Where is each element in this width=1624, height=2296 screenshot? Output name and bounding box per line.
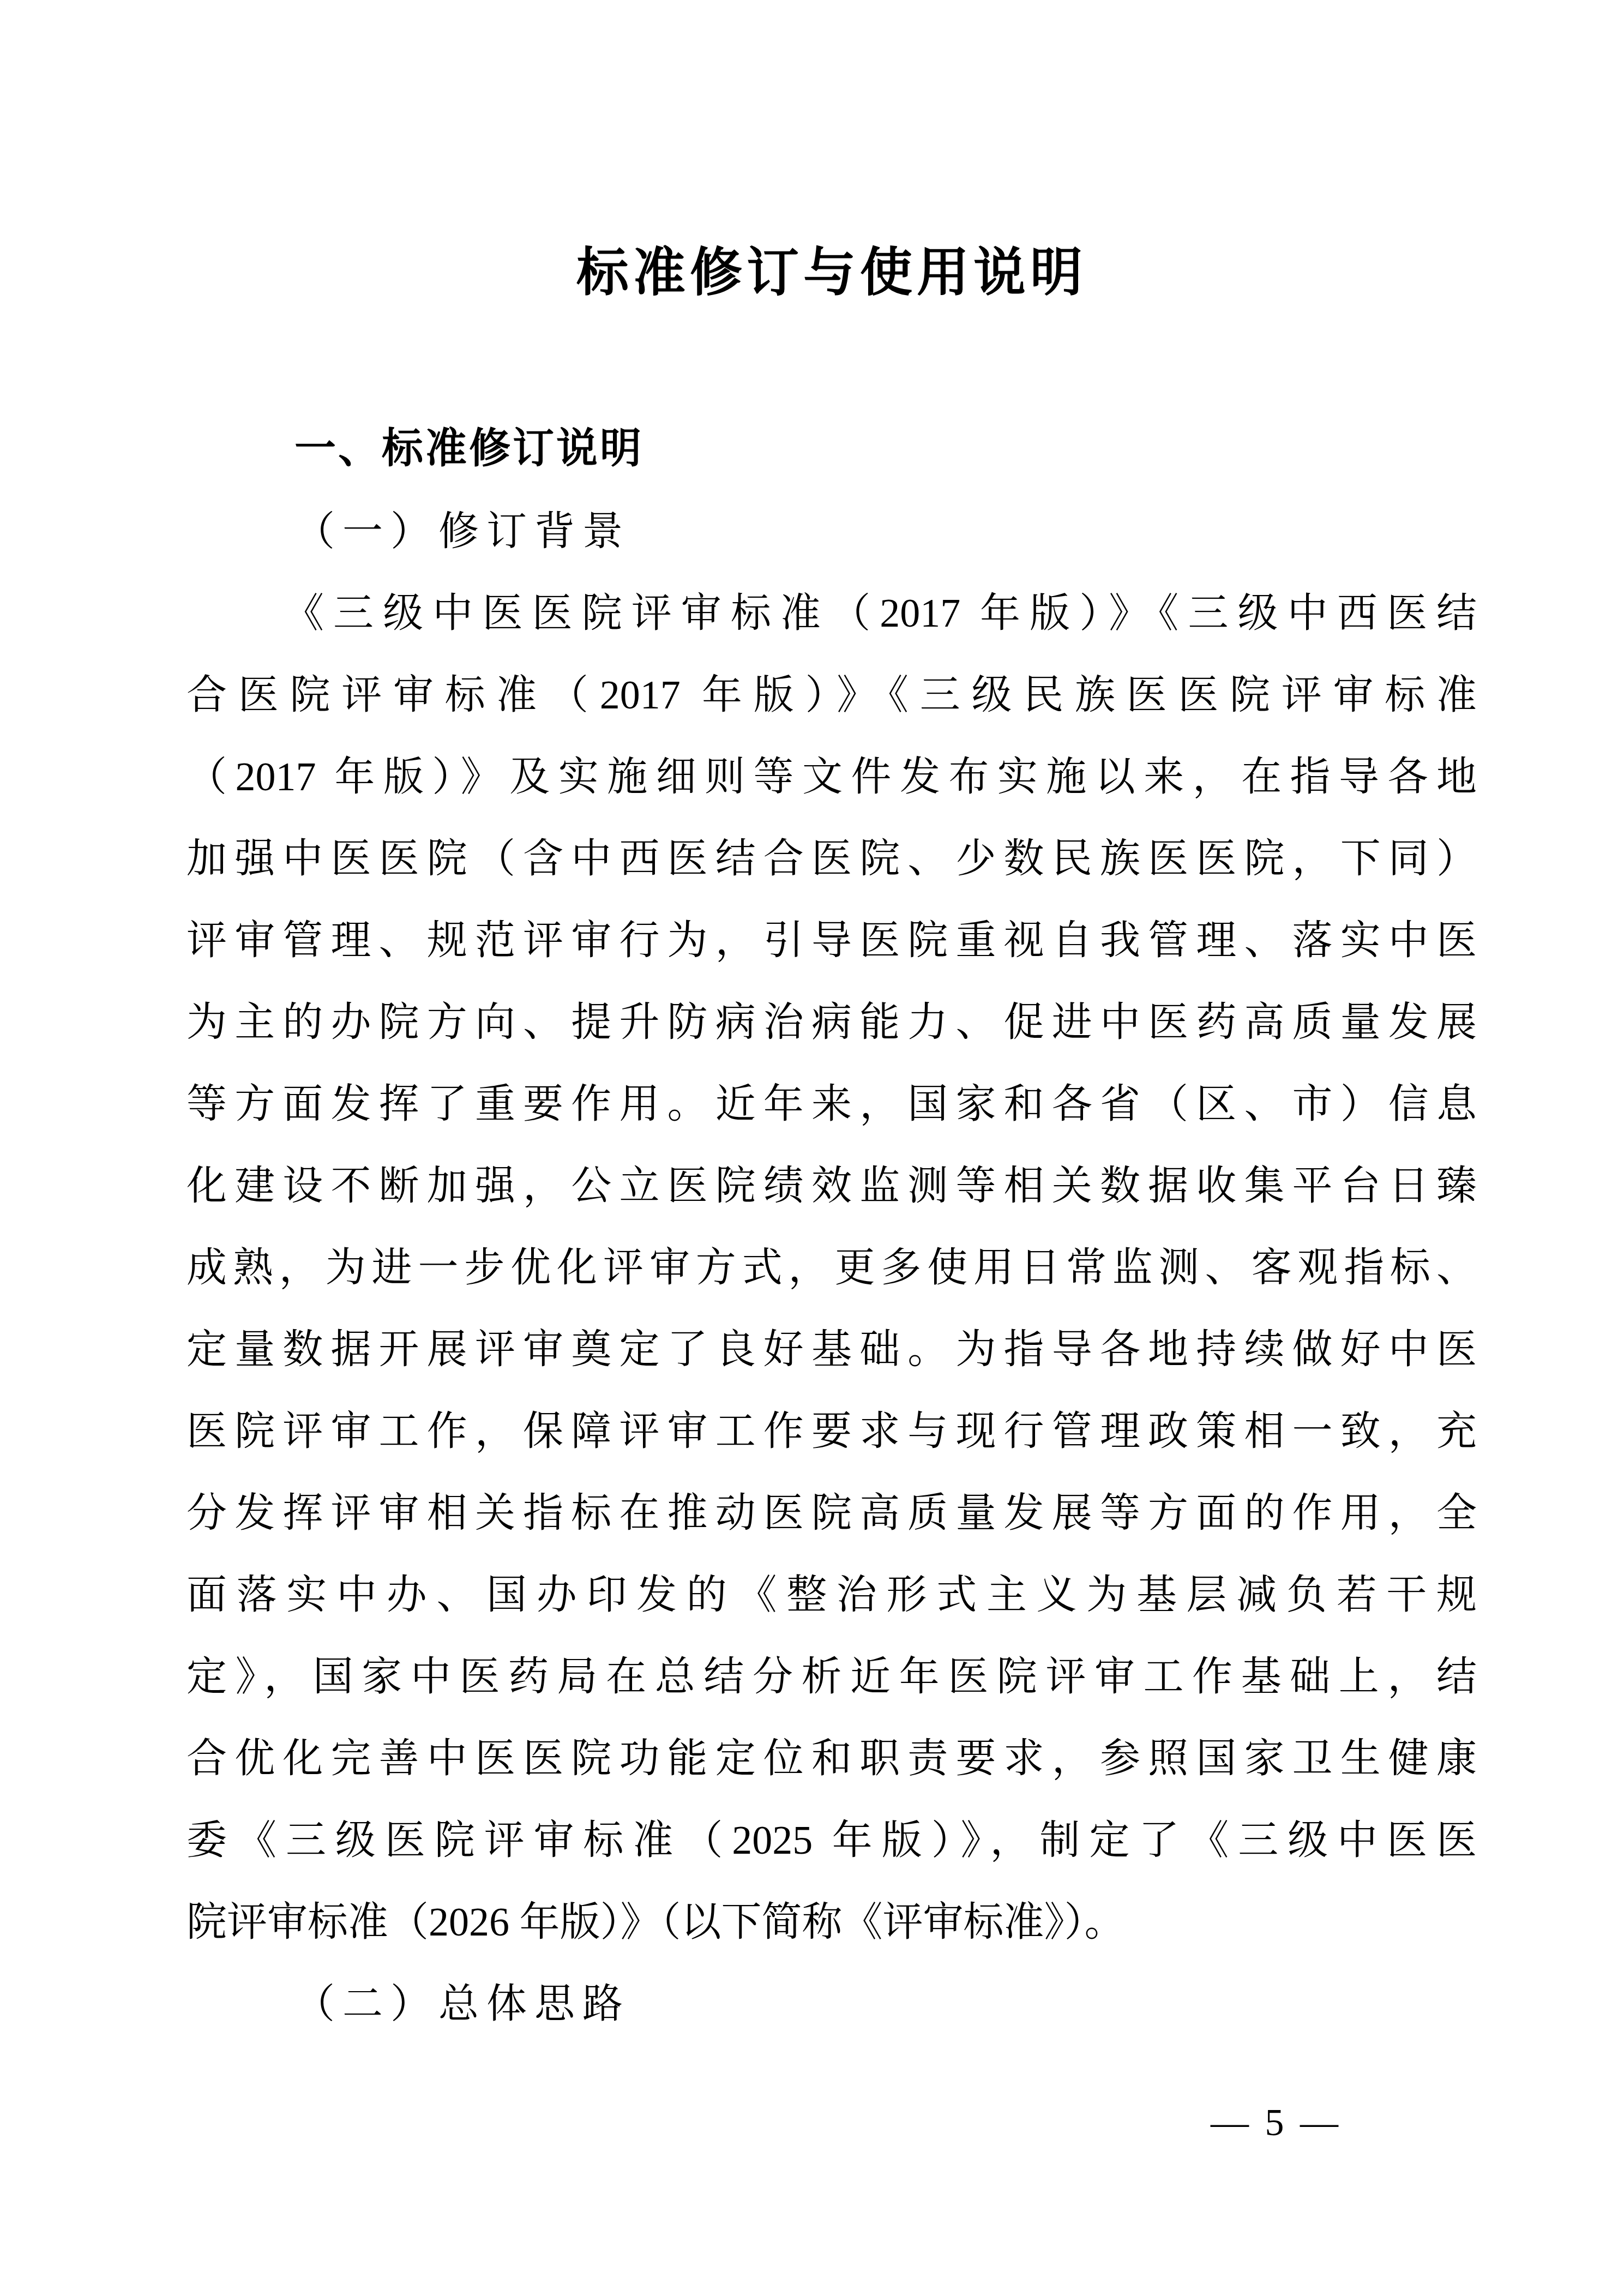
body-line: （2017 年版）》及实施细则等文件发布实施以来，在指导各地 [187,736,1477,818]
body-line: 定量数据开展评审奠定了良好基础。为指导各地持续做好中医 [187,1309,1477,1391]
body-line: 化建设不断加强，公立医院绩效监测等相关数据收集平台日臻 [187,1145,1477,1227]
body-line: 加强中医医院（含中西医结合医院、少数民族医医院，下同） [187,818,1477,900]
document-page: 标准修订与使用说明 一、标准修订说明 （一）修订背景 《三级中医医院评审标准（2… [0,0,1624,2296]
body-line: 为主的办院方向、提升防病治病能力、促进中医药高质量发展 [187,982,1477,1063]
body-line: 合医院评审标准（2017 年版）》《三级民族医医院评审标准 [187,654,1477,736]
subsection-heading-overall-approach: （二）总体思路 [294,1984,630,2024]
paragraph-revision-background: 《三级中医医院评审标准（2017 年版）》《三级中西医结 合医院评审标准（201… [187,573,1477,1963]
body-line: 评审管理、规范评审行为，引导医院重视自我管理、落实中医 [187,900,1477,982]
document-title: 标准修订与使用说明 [187,247,1477,299]
section-heading-revision-notes: 一、标准修订说明 [294,428,643,470]
subsection-heading-revision-background: （一）修订背景 [294,512,630,552]
body-line: 《三级中医医院评审标准（2017 年版）》《三级中西医结 [187,573,1477,654]
page-number: — 5 — [1211,2104,1342,2142]
body-line: 定》，国家中医药局在总结分析近年医院评审工作基础上，结 [187,1636,1477,1718]
body-line: 合优化完善中医医院功能定位和职责要求，参照国家卫生健康 [187,1718,1477,1800]
body-line: 院评审标准（2026 年版）》（以下简称《评审标准》）。 [187,1882,1477,1963]
body-line: 等方面发挥了重要作用。近年来，国家和各省（区、市）信息 [187,1063,1477,1145]
body-line: 医院评审工作，保障评审工作要求与现行管理政策相一致，充 [187,1391,1477,1472]
body-line: 分发挥评审相关指标在推动医院高质量发展等方面的作用，全 [187,1472,1477,1554]
body-line: 委《三级医院评审标准（2025 年版）》，制定了《三级中医医 [187,1800,1477,1882]
body-line: 成熟，为进一步优化评审方式，更多使用日常监测、客观指标、 [187,1227,1477,1309]
body-line: 面落实中办、国办印发的《整治形式主义为基层减负若干规 [187,1554,1477,1636]
